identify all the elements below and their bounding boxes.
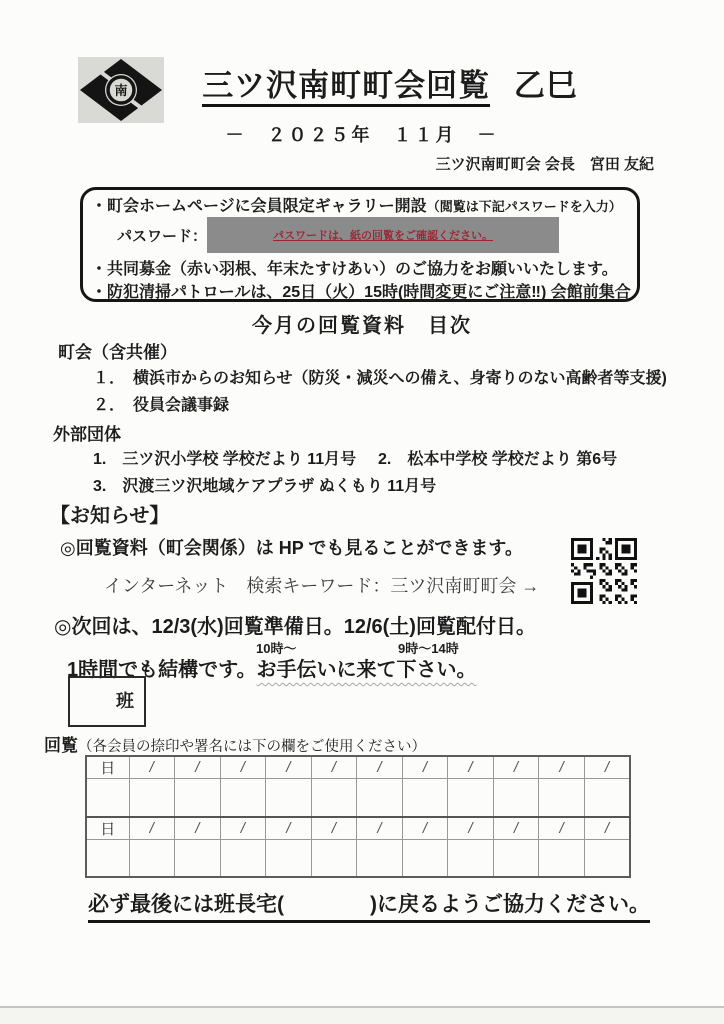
patrol-prefix: ・防犯清掃パトロールは、25日（火）: [91, 284, 364, 301]
signature-blank-cell: [493, 839, 539, 877]
signature-blank-cell: [539, 779, 585, 817]
signature-blank-cell: [539, 839, 585, 877]
scanned-circular-document: 南 三ツ沢南町町会回覧 乙巳 － ２０２５年 １１月 － 三ツ沢南町町会 会長 …: [0, 0, 724, 1024]
toc-item-board-minutes: ２． 役員会議事録: [93, 392, 229, 415]
date-slash-cell: /: [129, 756, 175, 779]
date-slash-cell: /: [493, 756, 539, 779]
password-row: パスワード： パスワードは、紙の回覧をご確認ください。: [91, 217, 629, 253]
signature-blank-cell: [220, 779, 266, 817]
toc-item-careplaza-newsletter: 3. 沢渡三ツ沢地域ケアプラザ ぬくもり 11月号: [93, 473, 436, 496]
date-slash-cell: /: [220, 817, 266, 840]
date-slash-cell: /: [129, 817, 175, 840]
return-instruction-line: 必ず最後には班長宅()に戻るようご協力ください。: [88, 888, 650, 918]
author-line: 三ツ沢南町町会 会長 宮田 友紀: [436, 153, 654, 174]
announcements-header: 【お知らせ】: [50, 499, 169, 528]
qr-code-icon: [571, 538, 637, 604]
page-title-era: 乙巳: [514, 68, 578, 103]
issue-date: － ２０２５年 １１月 －: [0, 121, 724, 147]
date-slash-cell: /: [448, 817, 494, 840]
kairan-table: 日///////////日///////////: [85, 755, 631, 878]
date-slash-cell: /: [584, 817, 630, 840]
date-slash-cell: /: [584, 756, 630, 779]
date-slash-cell: /: [448, 756, 494, 779]
signature-blank-cell: [266, 839, 312, 877]
next-schedule-line: ◎次回は、12/3(水)回覧準備日。12/6(土)回覧配付日。: [54, 610, 536, 639]
date-slash-cell: /: [266, 756, 312, 779]
kairan-table-wrap: 日///////////日///////////: [85, 755, 631, 878]
date-slash-cell: /: [311, 817, 357, 840]
patrol-suffix: 会館前集合: [546, 284, 630, 301]
kairan-label: 回覧: [44, 736, 78, 755]
group-number-box: 班: [68, 676, 146, 727]
signature-blank-cell: [402, 779, 448, 817]
signature-blank-cell: [493, 779, 539, 817]
patrol-time-underlined: 15時(時間変更にご注意‼): [364, 284, 546, 301]
emblem-diamond-icon: 南: [79, 58, 163, 122]
password-redaction-note: パスワードは、紙の回覧をご確認ください。: [273, 227, 493, 243]
toc-group1-title: 町会（含共催）: [58, 338, 177, 363]
notice-patrol-line: ・防犯清掃パトロールは、25日（火）15時(時間変更にご注意‼) 会館前集合: [91, 279, 629, 302]
day-header-cell: 日: [86, 756, 129, 779]
kairan-table-caption: 回覧（各会員の捺印や署名には下の欄をご使用ください）: [44, 731, 426, 756]
signature-blank-cell: [129, 779, 175, 817]
password-redaction-box: パスワードは、紙の回覧をご確認ください。: [207, 217, 559, 253]
signature-blank-cell: [220, 839, 266, 877]
date-slash-cell: /: [220, 756, 266, 779]
page-title-main: 三ツ沢南町町会回覧: [202, 68, 490, 107]
notice-box: ・町会ホームページに会員限定ギャラリー開設（閲覧は下記パスワードを入力） パスワ…: [80, 187, 640, 302]
kairan-note: （各会員の捺印や署名には下の欄をご使用ください）: [78, 739, 426, 755]
help-emphasized-text: お手伝いに来て下さい。: [257, 659, 477, 681]
association-emblem: 南: [78, 57, 164, 123]
page-title: 三ツ沢南町町会回覧 乙巳: [155, 60, 625, 105]
date-slash-cell: /: [357, 756, 403, 779]
day-header-cell: 日: [86, 817, 129, 840]
date-slash-cell: /: [539, 817, 585, 840]
date-slash-cell: /: [539, 756, 585, 779]
date-slash-cell: /: [175, 756, 221, 779]
return-text-after: )に戻るようご協力ください。: [370, 893, 650, 916]
emblem-kanji: 南: [114, 83, 127, 98]
date-slash-cell: /: [402, 817, 448, 840]
date-slash-cell: /: [357, 817, 403, 840]
signature-blank-cell: [584, 779, 630, 817]
signature-blank-cell: [357, 839, 403, 877]
notice-gallery-note: （閲覧は下記パスワードを入力）: [427, 199, 622, 214]
return-text-before: 必ず最後には班長宅(: [88, 893, 284, 916]
signature-blank-cell: [86, 839, 129, 877]
date-slash-cell: /: [402, 756, 448, 779]
toc-title: 今月の回覧資料 目次: [0, 309, 724, 338]
signature-blank-cell: [402, 839, 448, 877]
notice-gallery-text: ・町会ホームページに会員限定ギャラリー開設: [91, 198, 427, 215]
signature-blank-cell: [175, 839, 221, 877]
signature-blank-cell: [448, 779, 494, 817]
signature-blank-cell: [311, 839, 357, 877]
search-keyword-line: インターネット 検索キーワード：三ツ沢南町町会 →: [104, 572, 539, 598]
notice-gallery-line: ・町会ホームページに会員限定ギャラリー開設（閲覧は下記パスワードを入力）: [91, 193, 629, 216]
password-label: パスワード：: [117, 225, 207, 246]
notice-donation-line: ・共同募金（赤い羽根、年末たすけあい）のご協力をお願いいたします。: [91, 256, 629, 279]
signature-blank-cell: [129, 839, 175, 877]
scan-edge-margin: [0, 1008, 724, 1024]
date-slash-cell: /: [311, 756, 357, 779]
toc-item-elementary-newsletter: 1. 三ツ沢小学校 学校だより 11月号: [93, 446, 356, 469]
date-slash-cell: /: [266, 817, 312, 840]
hp-availability-line: ◎回覧資料（町会関係）は HP でも見ることができます。: [60, 534, 523, 560]
date-slash-cell: /: [493, 817, 539, 840]
signature-blank-cell: [175, 779, 221, 817]
signature-blank-cell: [311, 779, 357, 817]
date-slash-cell: /: [175, 817, 221, 840]
return-instruction-underlined: 必ず最後には班長宅()に戻るようご協力ください。: [88, 893, 650, 923]
signature-blank-cell: [86, 779, 129, 817]
signature-blank-cell: [584, 839, 630, 877]
signature-blank-cell: [266, 779, 312, 817]
toc-group2-title: 外部団体: [53, 420, 121, 445]
signature-blank-cell: [357, 779, 403, 817]
signature-blank-cell: [448, 839, 494, 877]
toc-item-junior-high-newsletter: 2. 松本中学校 学校だより 第6号: [378, 446, 617, 469]
toc-item-yokohama-news: １． 横浜市からのお知らせ（防災・減災への備え、身寄りのない高齢者等支援): [93, 365, 667, 388]
qr-code: [571, 538, 637, 604]
